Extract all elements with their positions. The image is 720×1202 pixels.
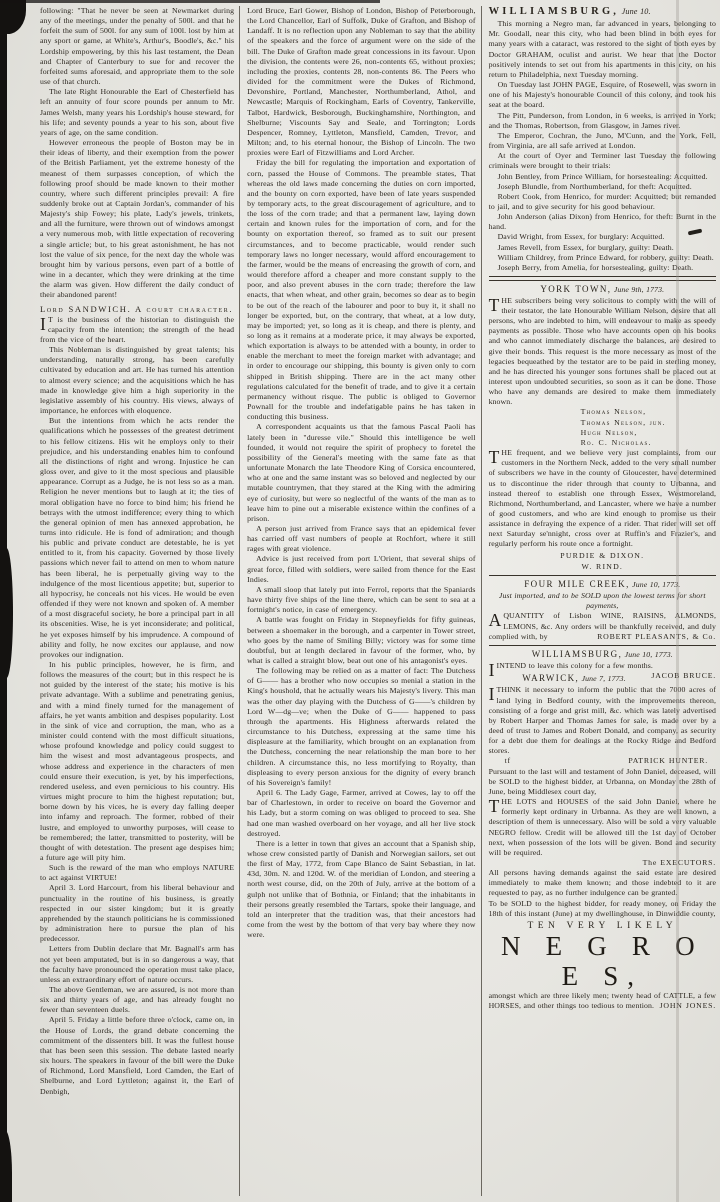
trial-item: John Anderson (alias Dixon) from Henrico… xyxy=(489,212,716,232)
paragraph: April 5. Friday a little before three o'… xyxy=(40,1015,234,1096)
scan-edge-artifact xyxy=(0,1130,12,1202)
city-dateline: WILLIAMSBURG, June 10. xyxy=(489,7,716,17)
trial-item: John Bentley, from Prince William, for h… xyxy=(489,172,716,182)
dateline-date: June 10. xyxy=(619,7,650,16)
advertisement: THE frequent, and we believe very just c… xyxy=(489,448,716,550)
signature: Hugh Nelson, xyxy=(489,428,716,438)
paragraph: The following may be relied on as a matt… xyxy=(247,666,475,788)
paragraph: This Nobleman is distinguished by great … xyxy=(40,345,234,416)
paragraph: April 3. Lord Harcourt, from his liberal… xyxy=(40,883,234,944)
section-rule xyxy=(489,645,716,646)
paragraph: But the intentions from which he acts re… xyxy=(40,416,234,660)
signature: JACOB BRUCE. xyxy=(651,671,716,681)
drop-cap: T xyxy=(489,296,502,313)
trial-item: Robert Cook, from Henrico, for murder: A… xyxy=(489,192,716,212)
paragraph: Letters from Dublin declare that Mr. Bag… xyxy=(40,944,234,985)
column-right: WILLIAMSBURG, June 10.This morning a Neg… xyxy=(481,6,716,1196)
section-heading: Lord SANDWICH. A court character. xyxy=(40,304,234,314)
advertisement: All persons having demands against the s… xyxy=(489,868,716,898)
paragraph: In his public principles, however, he is… xyxy=(40,660,234,863)
trial-item: William Childrey, from Prince Edward, fo… xyxy=(489,253,716,263)
paragraph: At the court of Oyer and Terminer last T… xyxy=(489,151,716,171)
paragraph: Advice is just received from port L'Orie… xyxy=(247,554,475,584)
advertisement: AQUANTITY of Lisbon WINE, RAISINS, ALMON… xyxy=(489,611,716,641)
signature: Ro. C. Nicholas. xyxy=(489,438,716,448)
advertisement: THE LOTS and HOUSES of the said John Dan… xyxy=(489,797,716,858)
drop-cap: T xyxy=(489,797,502,814)
dateline-caps: tf xyxy=(505,756,511,766)
signature: ROBERT PLEASANTS, & Co. xyxy=(597,632,716,642)
paper-crease xyxy=(676,0,679,1202)
paragraph: April 6. The Lady Gage, Farmer, arrived … xyxy=(247,788,475,839)
newspaper-page: following: "That he never be seen at New… xyxy=(0,0,720,1202)
advertisement: ITHINK it necessary to inform the public… xyxy=(489,685,716,756)
dateline-date: June 9th, 1773. xyxy=(611,285,664,294)
paragraph: The Emperor, Cochran, the Juno, M'Cunn, … xyxy=(489,131,716,151)
section-rule xyxy=(489,276,716,281)
advertisement: IINTEND to leave this colony for a few m… xyxy=(489,661,716,671)
signature: JOHN JONES. xyxy=(660,1001,716,1011)
advertisement: amongst which are three likely men; twen… xyxy=(489,991,716,1011)
drop-cap: A xyxy=(489,611,504,628)
paragraph: However erroneous the people of Boston m… xyxy=(40,138,234,301)
paragraph: On Tuesday last JOHN PAGE, Esquire, of R… xyxy=(489,80,716,110)
column-left: following: "That he never be seen at New… xyxy=(40,6,234,1196)
paragraph: Lord Bruce, Earl Gower, Bishop of London… xyxy=(247,6,475,158)
drop-cap: I xyxy=(489,685,497,702)
ad-title: N E G R O E S, xyxy=(489,931,716,991)
drop-cap: T xyxy=(489,448,502,465)
dateline-caps: YORK TOWN, xyxy=(540,284,611,294)
drop-cap: I xyxy=(489,661,497,678)
paragraph: The above Gentleman, we are assured, is … xyxy=(40,985,234,1015)
scan-edge-artifact xyxy=(0,0,380,3)
section-rule xyxy=(489,575,716,576)
paragraph: Such is the reward of the man who employ… xyxy=(40,863,234,883)
column-middle: Lord Bruce, Earl Gower, Bishop of London… xyxy=(239,6,475,1196)
signature: tfPATRICK HUNTER. xyxy=(489,756,716,766)
dateline-date: PATRICK HUNTER. xyxy=(628,756,708,766)
paragraph: There is a letter in town that gives an … xyxy=(247,839,475,941)
ad-lead: Just imported, and to be SOLD upon the l… xyxy=(489,591,716,611)
dateline-date: June 10, 1773. xyxy=(630,580,681,589)
signature: W. RIND. xyxy=(489,562,716,572)
paragraph: The Pitt, Punderson, from London, in 6 w… xyxy=(489,111,716,131)
dateline-date: June 7, 1773. xyxy=(579,674,626,683)
dateline-caps: WARWICK, xyxy=(522,673,579,683)
advertisement: THE subscribers being very solicitous to… xyxy=(489,296,716,408)
scan-edge-artifact xyxy=(0,548,13,678)
ad-dateline: FOUR MILE CREEK, June 10, 1773. xyxy=(489,579,716,590)
trial-item: Joseph Berry, from Amelia, for horsestea… xyxy=(489,263,716,273)
dateline-date: June 10, 1773. xyxy=(622,650,673,659)
paragraph: Friday the bill for regulating the impor… xyxy=(247,158,475,422)
paragraph: IT is the business of the historian to d… xyxy=(40,315,234,345)
paragraph: A small sloop that lately put into Ferro… xyxy=(247,585,475,615)
page-sheet: following: "That he never be seen at New… xyxy=(40,6,716,1196)
ad-dateline: YORK TOWN, June 9th, 1773. xyxy=(489,284,716,295)
ad-dateline: WILLIAMSBURG, June 10, 1773. xyxy=(489,649,716,660)
signature: PURDIE & DIXON. xyxy=(489,551,716,561)
dateline-caps: WILLIAMSBURG, xyxy=(532,649,622,659)
paragraph: following: "That he never be seen at New… xyxy=(40,6,234,87)
trial-item: James Revell, from Essex, for burglary, … xyxy=(489,243,716,253)
paragraph: A person just arrived from France says t… xyxy=(247,524,475,554)
paragraph: This morning a Negro man, far advanced i… xyxy=(489,19,716,80)
trial-item: Joseph Blundle, from Northumberland, for… xyxy=(489,182,716,192)
trial-item: David Wright, from Essex, for burglary: … xyxy=(489,232,716,242)
advertisement: To be SOLD to the highest bidder, for re… xyxy=(489,899,716,919)
scan-edge-artifact xyxy=(0,0,26,34)
drop-cap: I xyxy=(40,315,48,332)
ad-lead: Pursuant to the last will and testament … xyxy=(489,767,716,797)
signature: Thomas Nelson, xyxy=(489,407,716,417)
paragraph: The late Right Honourable the Earl of Ch… xyxy=(40,87,234,138)
signature: Thomas Nelson, jun. xyxy=(489,418,716,428)
dateline-caps: FOUR MILE CREEK, xyxy=(524,579,629,589)
ad-subtitle: TEN VERY LIKELY xyxy=(489,921,716,931)
paragraph: A correspondent acquaints us that the fa… xyxy=(247,422,475,524)
signature: The EXECUTORS. xyxy=(489,858,716,868)
paragraph: A battle was fought on Friday in Stepney… xyxy=(247,615,475,666)
dateline-caps: WILLIAMSBURG, xyxy=(489,6,620,17)
